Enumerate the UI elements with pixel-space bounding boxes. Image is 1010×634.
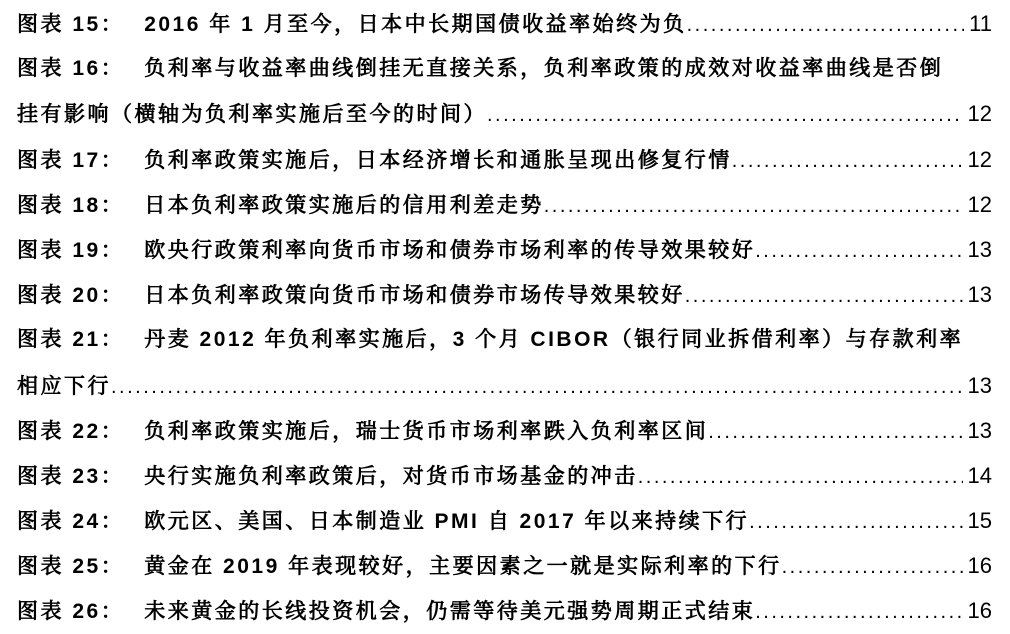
dot-leader (685, 274, 963, 317)
entry-title-text: 负利率与收益率曲线倒挂无直接关系，负利率政策的成效对收益率曲线是否倒 (144, 46, 943, 91)
page-number: 13 (968, 227, 992, 272)
page-number: 12 (968, 91, 992, 136)
dot-leader (755, 229, 962, 272)
toc-entry-line: 图表 26：未来黄金的长线投资机会，仍需等待美元强势周期正式结束16 (17, 588, 992, 633)
page-number: 12 (968, 182, 992, 227)
page-number: 12 (968, 137, 992, 182)
entry-title-text: 丹麦 2012 年负利率实施后，3 个月 CIBOR（银行同业拆借利率）与存款利… (144, 317, 963, 362)
page-number: 13 (968, 363, 992, 408)
toc-entry-line: 图表 22：负利率政策实施后，瑞士货币市场利率跌入负利率区间13 (17, 408, 992, 453)
figure-label: 图表 19： (17, 228, 124, 272)
figure-label: 图表 16： (17, 46, 124, 91)
dot-leader (782, 545, 963, 588)
dot-leader (111, 365, 963, 408)
figure-label: 图表 22： (17, 409, 124, 453)
dot-leader (732, 139, 963, 182)
entry-title-text: 相应下行 (17, 364, 111, 408)
toc-entry-line: 相应下行13 (17, 363, 992, 408)
toc-entry-line: 图表 20：日本负利率政策向货币市场和债券市场传导效果较好13 (17, 272, 992, 317)
page-number: 15 (968, 498, 992, 543)
entry-title-text: 日本负利率政策向货币市场和债券市场传导效果较好 (144, 273, 685, 317)
figure-label: 图表 15： (17, 2, 124, 46)
page-number: 16 (968, 543, 992, 588)
toc-entry-line: 图表 19：欧央行政策利率向货币市场和债券市场利率的传导效果较好13 (17, 227, 992, 272)
entry-title-text: 欧元区、美国、日本制造业 PMI 自 2017 年以来持续下行 (144, 499, 749, 543)
toc-entry-line: 图表 24：欧元区、美国、日本制造业 PMI 自 2017 年以来持续下行15 (17, 498, 992, 543)
toc-entry-line: 图表 16：负利率与收益率曲线倒挂无直接关系，负利率政策的成效对收益率曲线是否倒 (17, 46, 992, 91)
toc-entry-line: 图表 18：日本负利率政策实施后的信用利差走势12 (17, 182, 992, 227)
toc-entry-line: 图表 25：黄金在 2019 年表现较好，主要因素之一就是实际利率的下行16 (17, 543, 992, 588)
entry-title-text: 2016 年 1 月至今，日本中长期国债收益率始终为负 (144, 2, 686, 46)
toc-entry-line: 图表 15：2016 年 1 月至今，日本中长期国债收益率始终为负11 (17, 1, 992, 46)
entry-title-text: 未来黄金的长线投资机会，仍需等待美元强势周期正式结束 (144, 589, 755, 633)
entry-title-text: 欧央行政策利率向货币市场和债券市场利率的传导效果较好 (144, 228, 755, 272)
figure-label: 图表 23： (17, 454, 124, 498)
entry-title-text: 央行实施负利率政策后，对货币市场基金的冲击 (144, 454, 638, 498)
entry-title-text: 负利率政策实施后，瑞士货币市场利率跌入负利率区间 (144, 409, 708, 453)
figure-table-of-contents: 图表 15：2016 年 1 月至今，日本中长期国债收益率始终为负11图表 16… (0, 0, 1010, 634)
figure-label: 图表 25： (17, 544, 124, 588)
figure-label: 图表 17： (17, 138, 124, 182)
entry-title-text: 负利率政策实施后，日本经济增长和通胀呈现出修复行情 (144, 138, 732, 182)
toc-entry-line: 图表 23：央行实施负利率政策后，对货币市场基金的冲击14 (17, 453, 992, 498)
page-number: 11 (969, 1, 992, 46)
dot-leader (755, 590, 962, 633)
dot-leader (708, 410, 962, 453)
dot-leader (487, 93, 963, 136)
entry-title-text: 黄金在 2019 年表现较好，主要因素之一就是实际利率的下行 (144, 544, 781, 588)
figure-label: 图表 21： (17, 317, 124, 362)
dot-leader (687, 3, 965, 46)
dot-leader (544, 184, 963, 227)
figure-label: 图表 26： (17, 589, 124, 633)
figure-label: 图表 24： (17, 499, 124, 543)
page-number: 16 (968, 588, 992, 633)
figure-label: 图表 20： (17, 273, 124, 317)
entry-title-text: 挂有影响（横轴为负利率实施后至今的时间） (17, 92, 487, 136)
page-number: 14 (968, 453, 992, 498)
toc-entry-line: 挂有影响（横轴为负利率实施后至今的时间）12 (17, 91, 992, 136)
dot-leader (749, 500, 962, 543)
page-number: 13 (968, 272, 992, 317)
toc-entry-line: 图表 21：丹麦 2012 年负利率实施后，3 个月 CIBOR（银行同业拆借利… (17, 317, 992, 362)
toc-entry-line: 图表 17：负利率政策实施后，日本经济增长和通胀呈现出修复行情12 (17, 137, 992, 182)
entry-title-text: 日本负利率政策实施后的信用利差走势 (144, 183, 544, 227)
page-number: 13 (968, 408, 992, 453)
dot-leader (638, 455, 963, 498)
figure-label: 图表 18： (17, 183, 124, 227)
